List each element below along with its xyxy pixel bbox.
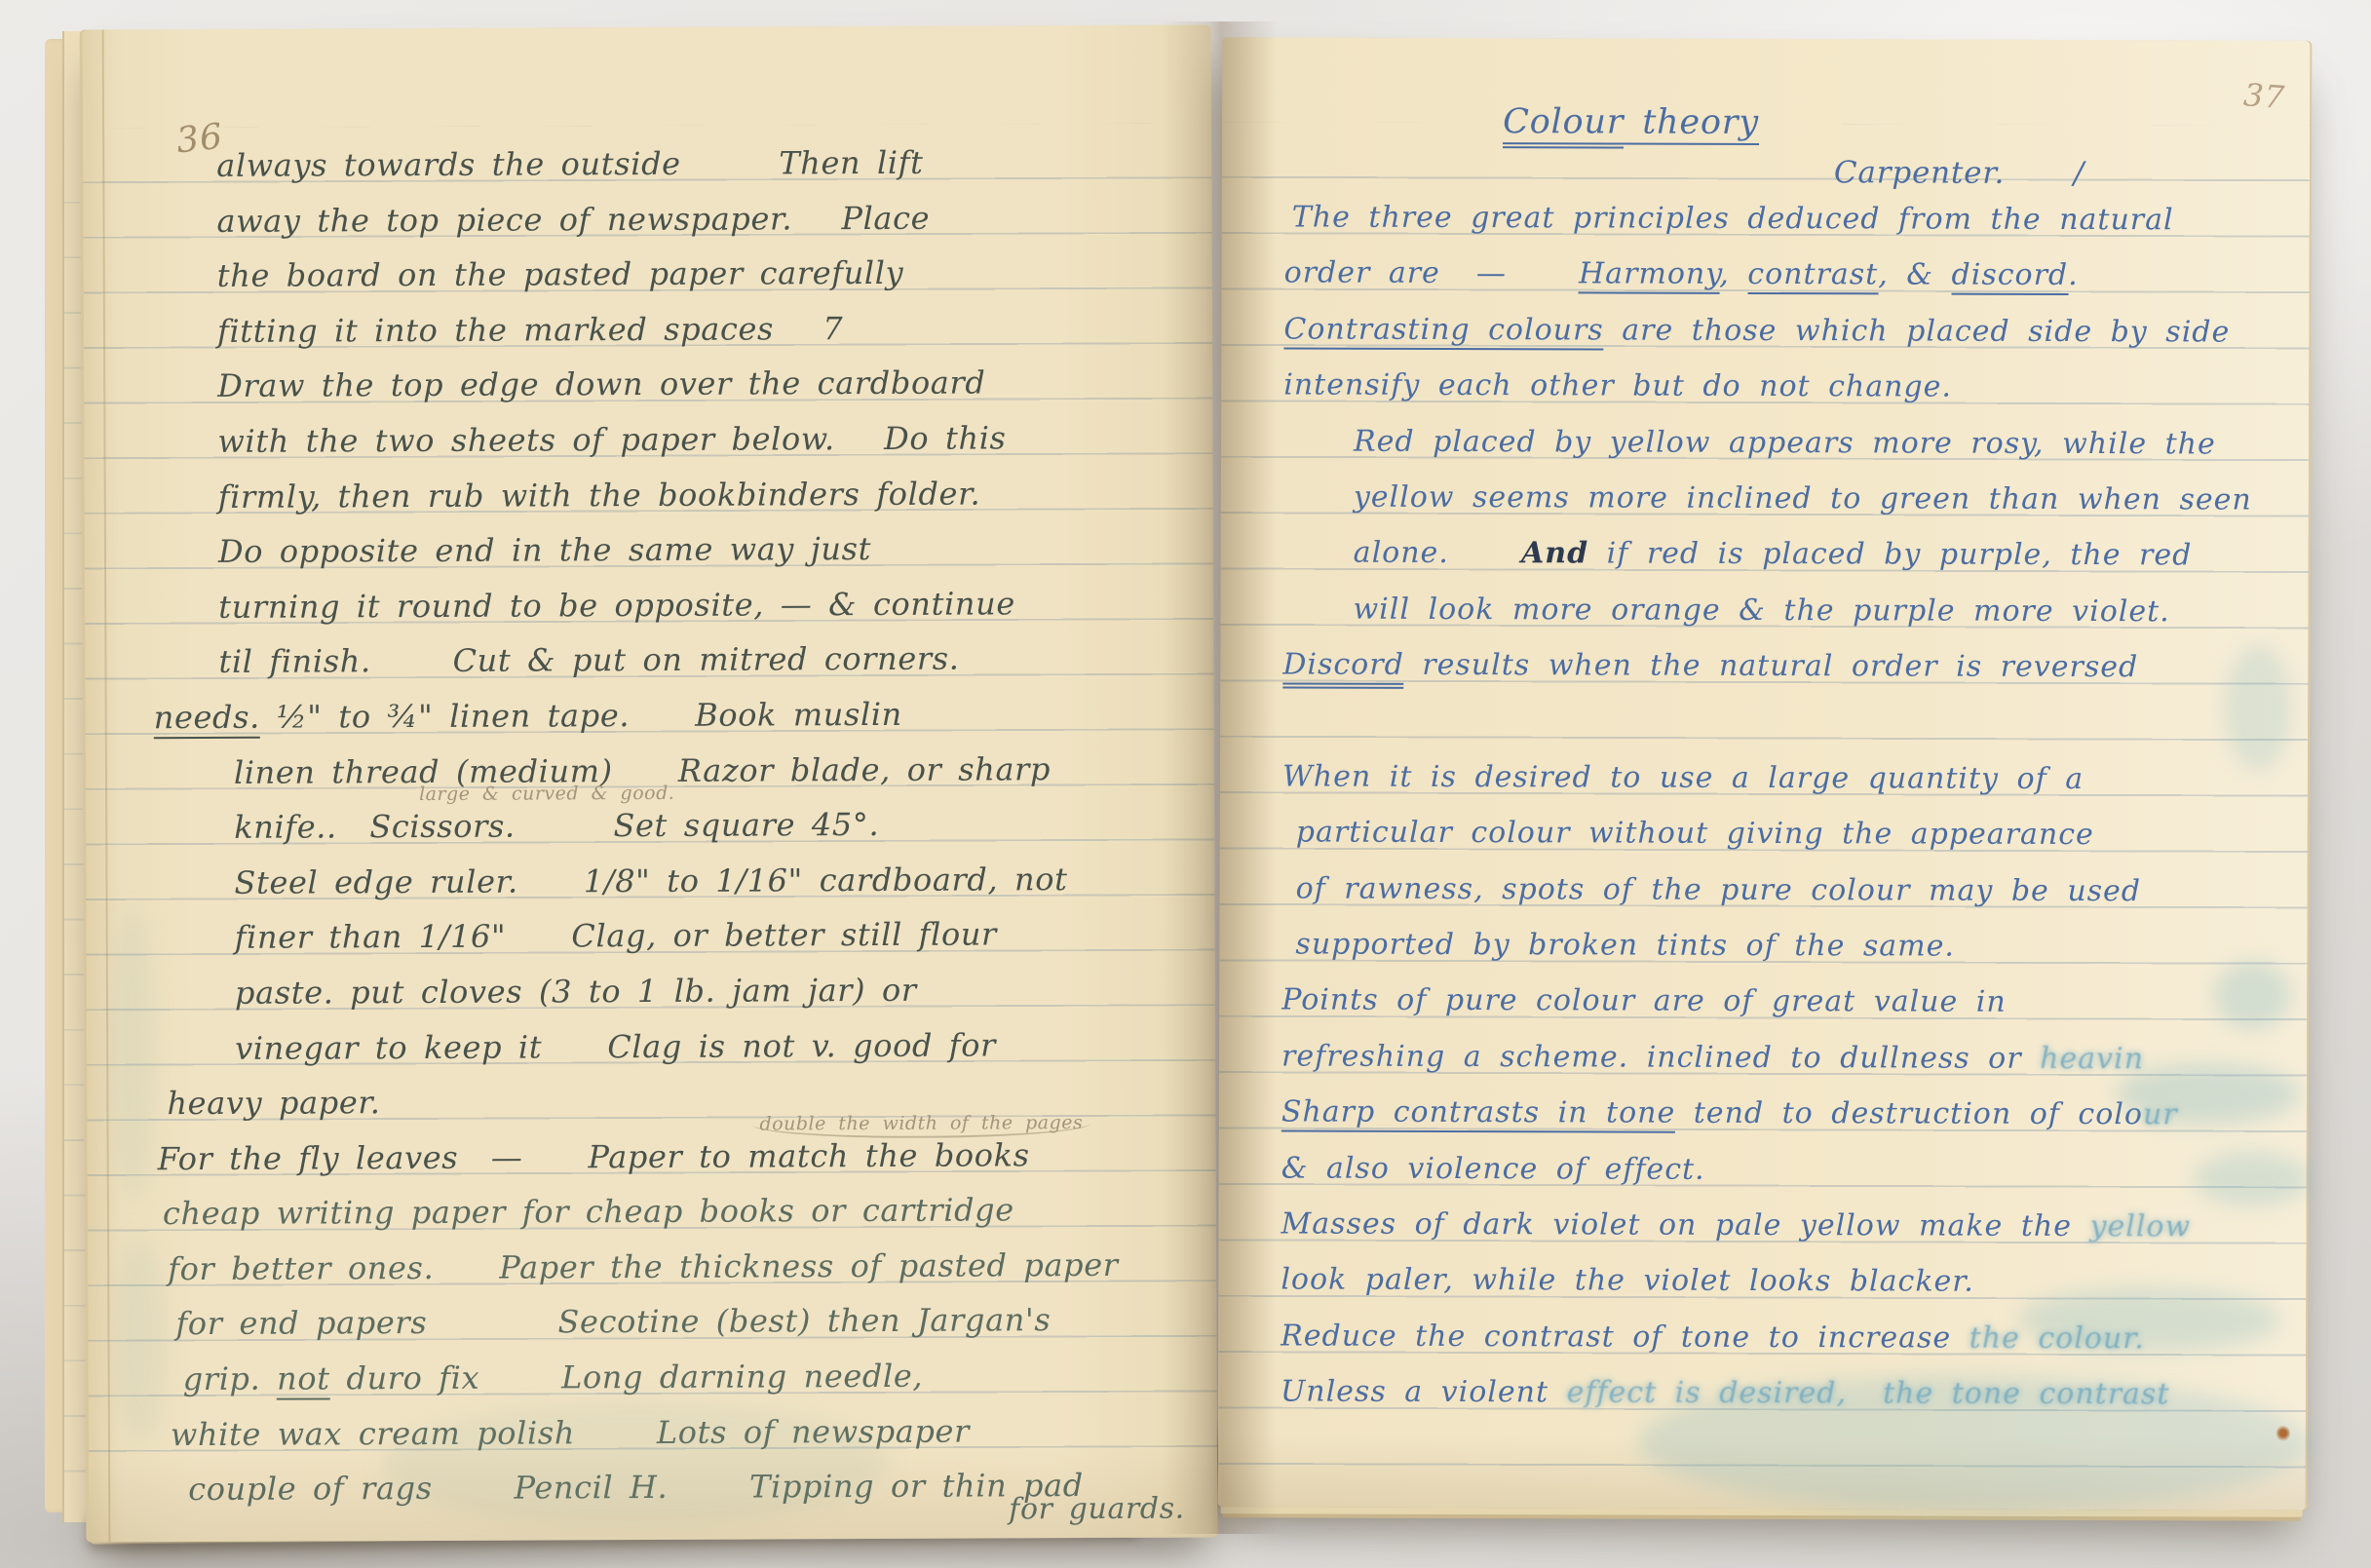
- handwriting-segment: cheap writing paper for cheap books or c…: [163, 1192, 1014, 1233]
- handwriting-segment: Do opposite end in the same way just: [218, 530, 871, 570]
- handwriting-segment: effect is desired, the tone contrast: [1567, 1376, 2170, 1412]
- handwritten-line: finer than 1/16" Clag, or better still f…: [130, 906, 1204, 966]
- handwriting-segment: the colour.: [1969, 1320, 2145, 1356]
- handwritten-line: cheap writing paper for cheap books or c…: [131, 1182, 1205, 1242]
- handwriting-segment: And: [1521, 537, 1588, 571]
- handwritten-line: large & curved & good.knife.. Scissors. …: [129, 796, 1203, 856]
- notebook-photo: 36 always towards the outside Then lifta…: [0, 0, 2371, 1568]
- handwriting-segment: Carpenter. /: [1834, 155, 2084, 191]
- handwriting-segment: knife.. Scissors. Set square 45°.: [234, 806, 879, 846]
- handwritten-line: Reduce the contrast of tone to increase …: [1275, 1308, 2298, 1367]
- handwriting-segment: away the top piece of newspaper. Place: [216, 199, 930, 239]
- handwriting-segment: tend to destruction of colo: [1675, 1096, 2143, 1132]
- handwriting-segment: Red placed by yellow appears more rosy, …: [1354, 424, 2216, 461]
- handwriting-segment: For the fly leaves — Paper to match the …: [158, 1136, 1030, 1177]
- handwriting-segment: Discord: [1282, 648, 1404, 689]
- handwriting-segment: Colour: [1503, 102, 1624, 148]
- handwritten-line: Discord results when the natural order i…: [1277, 637, 2300, 697]
- pencil-annotation: large & curved & good.: [419, 784, 674, 804]
- page-crease: [102, 29, 111, 1542]
- right-page: 37 Colour theoryCarpenter. / The three g…: [1218, 37, 2311, 1510]
- handwriting-segment: not: [277, 1360, 330, 1400]
- handwriting-segment: white wax cream polish Lots of newspaper: [171, 1412, 970, 1453]
- handwritten-line: Red placed by yellow appears more rosy, …: [1278, 413, 2301, 473]
- handwriting-segment: needs.: [154, 699, 260, 739]
- paper-stain: [2276, 1425, 2290, 1442]
- handwriting-segment: paste. put cloves (3 to 1 lb. jam jar) o…: [235, 972, 917, 1012]
- pencil-annotation: double the width of the pages: [751, 1113, 1090, 1139]
- handwriting-segment: heavy paper.: [167, 1084, 380, 1122]
- handwritten-line: yellow seems more inclined to green than…: [1278, 469, 2301, 528]
- handwritten-line: [1277, 693, 2300, 752]
- handwritten-line: look paler, while the violet looks black…: [1275, 1252, 2298, 1312]
- handwriting-segment: order are —: [1284, 256, 1580, 291]
- handwritten-line: Steel edge ruler. 1/8" to 1/16" cardboar…: [129, 851, 1203, 910]
- handwritten-subline: for guards.: [132, 1497, 1205, 1535]
- handwritten-line: Contrasting colours are those which plac…: [1278, 301, 2301, 361]
- handwriting-segment: & also violence of effect.: [1281, 1151, 1705, 1186]
- handwritten-line: The three great principles deduced from …: [1279, 189, 2302, 249]
- handwriting-segment: til finish. Cut & put on mitred corners.: [218, 640, 959, 680]
- handwritten-line: Unless a violent effect is desired, the …: [1275, 1364, 2298, 1424]
- handwritten-line: turning it round to be opposite, — & con…: [128, 575, 1202, 634]
- handwriting-segment: for end papers Secotine (best) then Jarg…: [175, 1302, 1051, 1343]
- handwritten-line: & also violence of effect.: [1276, 1140, 2299, 1200]
- handwritten-line: alone. And if red is placed by purple, t…: [1278, 525, 2301, 585]
- handwriting-segment: ½" to ¾" linen tape. Book muslin: [260, 696, 902, 736]
- handwriting-segment: ur: [2143, 1097, 2178, 1131]
- handwritten-line: the board on the pasted paper carefully: [127, 245, 1201, 304]
- handwriting-segment: of rawness, spots of the pure colour may…: [1296, 871, 2142, 908]
- handwriting-segment: will look more orange & the purple more …: [1353, 592, 2169, 629]
- handwriting-segment: ,: [1719, 257, 1747, 291]
- handwriting-segment: grip.: [183, 1360, 278, 1397]
- handwriting-segment: yellow: [2090, 1209, 2192, 1243]
- handwritten-line: of rawness, spots of the pure colour may…: [1277, 860, 2300, 920]
- handwriting-segment: Points of pure colour are of great value…: [1281, 983, 2007, 1019]
- handwriting-segment: , &: [1878, 258, 1951, 292]
- handwriting-segment: are those which placed side by side: [1604, 313, 2231, 349]
- handwriting-segment: Unless a violent: [1281, 1375, 1567, 1410]
- handwritten-line: Draw the top edge down over the cardboar…: [127, 355, 1201, 414]
- handwritten-line: intensify each other but do not change.: [1278, 358, 2301, 417]
- handwriting-segment: heavin: [2040, 1042, 2144, 1076]
- handwriting-segment: theory: [1624, 103, 1759, 145]
- handwriting-segment: Sharp contrasts in tone: [1281, 1095, 1675, 1133]
- handwriting-segment: always towards the outside Then lift: [216, 144, 923, 184]
- handwritten-line: double the width of the pagesFor the fly…: [131, 1127, 1205, 1186]
- handwritten-line: will look more orange & the purple more …: [1277, 581, 2300, 640]
- handwriting-segment: results when the natural order is revers…: [1404, 648, 2139, 684]
- handwriting-segment: intensify each other but do not change.: [1283, 368, 1952, 404]
- handwriting-segment: vinegar to keep it Clag is not v. good f…: [235, 1026, 996, 1066]
- handwritten-line: needs. ½" to ¾" linen tape. Book muslin: [129, 685, 1203, 745]
- handwriting-segment: firmly, then rub with the bookbinders fo…: [218, 475, 981, 515]
- handwritten-line: away the top piece of newspaper. Place: [126, 189, 1200, 249]
- handwriting-segment: Reduce the contrast of tone to increase: [1281, 1319, 1969, 1355]
- handwritten-line: fitting it into the marked spaces 7: [127, 299, 1201, 359]
- handwriting-segment: supported by broken tints of the same.: [1295, 928, 1955, 964]
- handwriting-segment: particular colour without giving the app…: [1296, 816, 2094, 853]
- handwriting-segment: refreshing a scheme. inclined to dullnes…: [1281, 1039, 2040, 1075]
- handwriting-segment: for guards.: [1009, 1491, 1185, 1526]
- handwritten-line: for better ones. Paper the thickness of …: [131, 1237, 1205, 1296]
- handwriting-segment: When it is desired to use a large quanti…: [1282, 759, 2084, 796]
- handwritten-line: Do opposite end in the same way just: [128, 520, 1202, 580]
- left-page-handwriting: always towards the outside Then liftaway…: [126, 134, 1205, 1536]
- right-page-heading: Colour theoryCarpenter. /: [1279, 94, 2302, 196]
- handwritten-line: Sharp contrasts in tone tend to destruct…: [1276, 1085, 2299, 1144]
- handwritten-line: grip. not duro fix Long darning needle,: [132, 1348, 1205, 1407]
- handwriting-segment: if red is placed by purple, the red: [1588, 537, 2192, 573]
- handwriting-segment: alone.: [1354, 536, 1521, 571]
- handwriting-segment: fitting it into the marked spaces 7: [217, 310, 843, 350]
- handwriting-segment: The three great principles deduced from …: [1292, 200, 2174, 237]
- left-page: 36 always towards the outside Then lifta…: [83, 24, 1218, 1542]
- handwriting-segment: for better ones. Paper the thickness of …: [168, 1246, 1119, 1287]
- handwritten-line: for end papers Secotine (best) then Jarg…: [131, 1292, 1205, 1352]
- handwritten-line: firmly, then rub with the bookbinders fo…: [128, 465, 1202, 524]
- handwritten-line: always towards the outside Then lift: [126, 134, 1200, 194]
- right-page-handwriting: The three great principles deduced from …: [1275, 189, 2302, 1423]
- handwriting-segment: .: [2068, 258, 2079, 292]
- handwriting-segment: the board on the pasted paper carefully: [217, 254, 904, 294]
- handwritten-line: til finish. Cut & put on mitred corners.: [128, 631, 1202, 690]
- handwritten-line: order are — Harmony, contrast, & discord…: [1279, 246, 2302, 305]
- handwriting-segment: duro fix Long darning needle,: [330, 1358, 924, 1397]
- handwriting-segment: finer than 1/16" Clag, or better still f…: [235, 916, 997, 956]
- handwritten-line: vinegar to keep it Clag is not v. good f…: [130, 1016, 1204, 1076]
- handwritten-line: When it is desired to use a large quanti…: [1277, 748, 2300, 808]
- handwriting-segment: look paler, while the violet looks black…: [1281, 1263, 1974, 1299]
- handwritten-line: white wax cream polish Lots of newspaper: [132, 1402, 1205, 1462]
- handwritten-line: Points of pure colour are of great value…: [1276, 973, 2299, 1032]
- handwritten-line: Masses of dark violet on pale yellow mak…: [1275, 1196, 2298, 1255]
- handwriting-segment: turning it round to be opposite, — & con…: [218, 585, 1015, 626]
- handwriting-segment: Steel edge ruler. 1/8" to 1/16" cardboar…: [234, 860, 1067, 901]
- handwriting-segment: discord: [1951, 258, 2068, 295]
- handwritten-line: paste. put cloves (3 to 1 lb. jam jar) o…: [130, 961, 1204, 1020]
- handwritten-line: with the two sheets of paper below. Do t…: [127, 409, 1201, 469]
- handwriting-segment: Draw the top edge down over the cardboar…: [217, 364, 985, 404]
- handwriting-segment: contrast: [1747, 257, 1878, 294]
- handwriting-segment: Masses of dark violet on pale yellow mak…: [1281, 1206, 2089, 1243]
- handwritten-line: supported by broken tints of the same.: [1276, 917, 2299, 976]
- handwritten-line: Colour theory: [1279, 94, 2302, 151]
- handwritten-line: refreshing a scheme. inclined to dullnes…: [1276, 1028, 2299, 1088]
- handwriting-segment: Contrasting colours: [1283, 312, 1603, 350]
- handwritten-line: particular colour without giving the app…: [1277, 805, 2300, 864]
- handwriting-segment: yellow seems more inclined to green than…: [1354, 480, 2252, 517]
- handwriting-segment: Harmony: [1579, 257, 1719, 294]
- handwriting-segment: with the two sheets of paper below. Do t…: [217, 419, 1006, 460]
